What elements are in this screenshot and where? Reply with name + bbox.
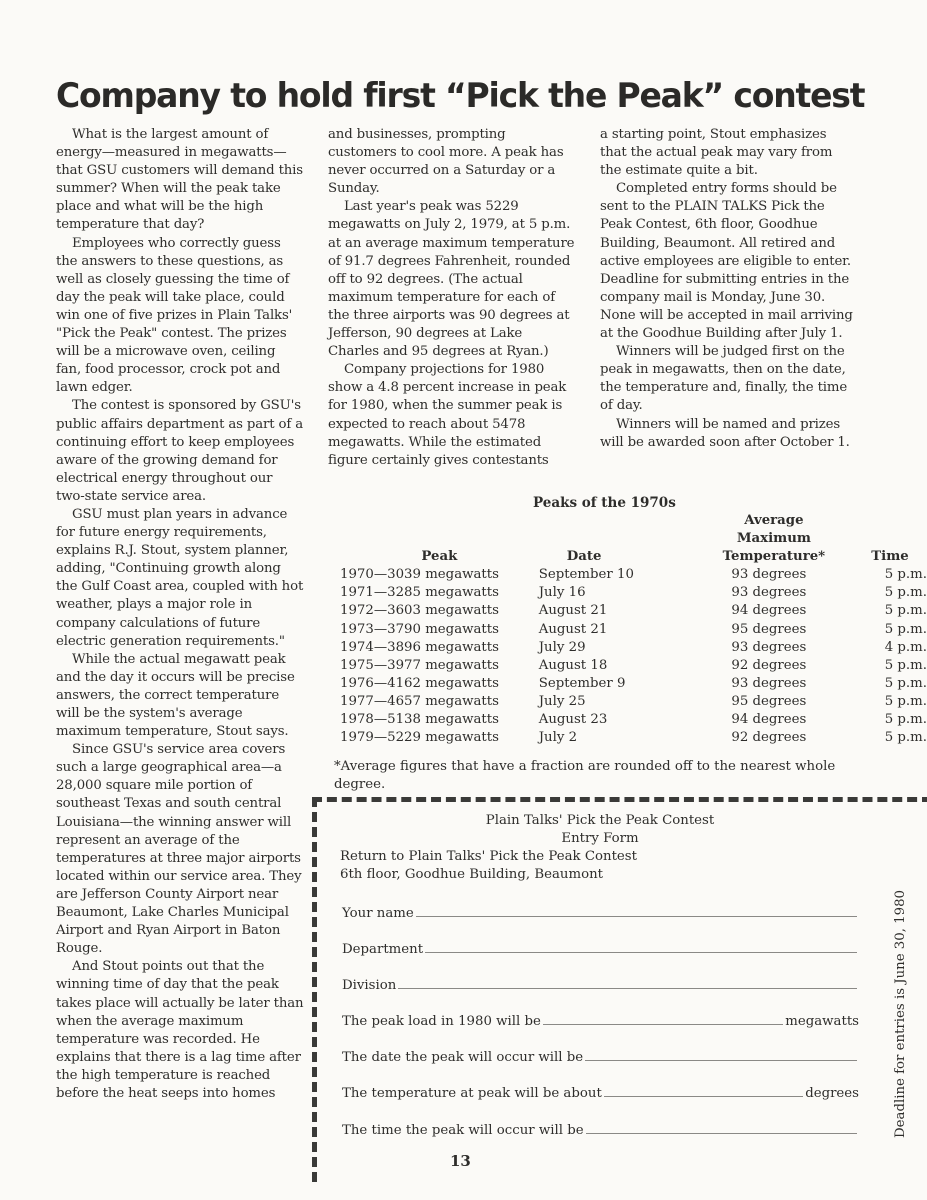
- cell-peak: 1975—3977 megawatts: [340, 657, 539, 675]
- paragraph: Employees who correctly guess the answer…: [56, 235, 304, 398]
- header-temp-line3: Temperature*: [695, 548, 853, 566]
- cell-date: September 9: [539, 675, 695, 693]
- field-label: The peak load in 1980 will be: [342, 1014, 541, 1029]
- header-temp-line1: Average: [695, 512, 853, 530]
- cell-time: 5 p.m.: [853, 711, 927, 729]
- table-row: 1977—4657 megawattsJuly 2595 degrees5 p.…: [340, 693, 927, 711]
- form-field-division[interactable]: Division: [342, 975, 859, 993]
- cell-time: 5 p.m.: [853, 602, 927, 620]
- cell-date: July 16: [539, 584, 695, 602]
- cell-peak: 1974—3896 megawatts: [340, 639, 539, 657]
- cell-temp: 93 degrees: [695, 639, 853, 657]
- cell-time: 5 p.m.: [853, 729, 927, 747]
- cell-temp: 93 degrees: [695, 675, 853, 693]
- paragraph: Winners will be named and prizes will be…: [600, 416, 856, 452]
- cell-date: August 18: [539, 657, 695, 675]
- entry-form-title: Plain Talks' Pick the Peak Contest: [340, 812, 860, 830]
- cell-time: 5 p.m.: [853, 621, 927, 639]
- table-row: 1970—3039 megawattsSeptember 1093 degree…: [340, 566, 927, 584]
- peaks-table: Peak Date Average Maximum Temperature* T…: [340, 512, 927, 747]
- cell-date: August 23: [539, 711, 695, 729]
- paragraph: Since GSU's service area covers such a l…: [56, 741, 304, 958]
- department-blank-line[interactable]: [425, 951, 857, 953]
- deadline-note-vertical: Deadline for entries is June 30, 1980: [893, 890, 908, 1138]
- header-time: Time: [853, 512, 927, 566]
- temperature-blank-line[interactable]: [604, 1095, 803, 1097]
- field-label: Division: [342, 978, 396, 993]
- table-row: 1974—3896 megawattsJuly 2993 degrees4 p.…: [340, 639, 927, 657]
- paragraph: and businesses, prompting customers to c…: [328, 126, 576, 198]
- table-row: 1976—4162 megawattsSeptember 993 degrees…: [340, 675, 927, 693]
- cell-peak: 1972—3603 megawatts: [340, 602, 539, 620]
- article-column-1: What is the largest amount of energy—mea…: [56, 126, 304, 1103]
- cell-temp: 92 degrees: [695, 729, 853, 747]
- cell-peak: 1971—3285 megawatts: [340, 584, 539, 602]
- paragraph: GSU must plan years in advance for futur…: [56, 506, 304, 651]
- paragraph: Completed entry forms should be sent to …: [600, 180, 856, 343]
- field-label: The date the peak will occur will be: [342, 1050, 583, 1065]
- field-label: Your name: [342, 906, 414, 921]
- table-header-row: Peak Date Average Maximum Temperature* T…: [340, 512, 927, 566]
- table-row: 1978—5138 megawattsAugust 2394 degrees5 …: [340, 711, 927, 729]
- return-address-line1: Return to Plain Talks' Pick the Peak Con…: [340, 848, 860, 866]
- cell-peak: 1970—3039 megawatts: [340, 566, 539, 584]
- table-row: 1972—3603 megawattsAugust 2194 degrees5 …: [340, 602, 927, 620]
- field-label: The time the peak will occur will be: [342, 1123, 584, 1138]
- table-row: 1971—3285 megawattsJuly 1693 degrees5 p.…: [340, 584, 927, 602]
- table-row: 1973—3790 megawattsAugust 2195 degrees5 …: [340, 621, 927, 639]
- paragraph: And Stout points out that the winning ti…: [56, 958, 304, 1103]
- paragraph: Winners will be judged first on the peak…: [600, 343, 856, 415]
- cell-temp: 93 degrees: [695, 584, 853, 602]
- article-column-2: and businesses, prompting customers to c…: [328, 126, 576, 470]
- date-blank-line[interactable]: [585, 1059, 857, 1061]
- page-number: 13: [450, 1152, 471, 1170]
- cell-time: 4 p.m.: [853, 639, 927, 657]
- cell-temp: 92 degrees: [695, 657, 853, 675]
- cell-time: 5 p.m.: [853, 657, 927, 675]
- header-date: Date: [539, 512, 695, 566]
- field-label: The temperature at peak will be about: [342, 1086, 602, 1101]
- cell-date: July 25: [539, 693, 695, 711]
- table-footnote: *Average figures that have a fraction ar…: [334, 758, 864, 794]
- return-address-line2: 6th floor, Goodhue Building, Beaumont: [340, 866, 860, 884]
- cell-date: July 2: [539, 729, 695, 747]
- cell-time: 5 p.m.: [853, 675, 927, 693]
- entry-form-header: Plain Talks' Pick the Peak Contest Entry…: [340, 812, 860, 884]
- paragraph: Company projections for 1980 show a 4.8 …: [328, 361, 576, 470]
- cell-peak: 1977—4657 megawatts: [340, 693, 539, 711]
- form-field-department[interactable]: Department: [342, 939, 859, 957]
- field-suffix: megawatts: [785, 1014, 859, 1029]
- cell-time: 5 p.m.: [853, 566, 927, 584]
- cell-temp: 95 degrees: [695, 621, 853, 639]
- form-field-peak-load[interactable]: The peak load in 1980 will be megawatts: [342, 1011, 859, 1029]
- cell-date: August 21: [539, 602, 695, 620]
- article-column-3: a starting point, Stout emphasizes that …: [600, 126, 856, 452]
- form-field-name[interactable]: Your name: [342, 903, 859, 921]
- form-field-date[interactable]: The date the peak will occur will be: [342, 1047, 859, 1065]
- cell-temp: 95 degrees: [695, 693, 853, 711]
- time-blank-line[interactable]: [586, 1132, 857, 1134]
- form-field-time[interactable]: The time the peak will occur will be: [342, 1120, 859, 1138]
- paragraph: Last year's peak was 5229 megawatts on J…: [328, 198, 576, 361]
- table-title: Peaks of the 1970s: [533, 495, 676, 511]
- division-blank-line[interactable]: [398, 987, 857, 989]
- peak-load-blank-line[interactable]: [543, 1023, 783, 1025]
- field-suffix: degrees: [805, 1086, 859, 1101]
- headline: Company to hold first “Pick the Peak” co…: [56, 76, 864, 115]
- paragraph: a starting point, Stout emphasizes that …: [600, 126, 856, 180]
- table-row: 1975—3977 megawattsAugust 1892 degrees5 …: [340, 657, 927, 675]
- cell-temp: 94 degrees: [695, 711, 853, 729]
- cell-temp: 93 degrees: [695, 566, 853, 584]
- cell-date: July 29: [539, 639, 695, 657]
- form-field-temperature[interactable]: The temperature at peak will be about de…: [342, 1083, 859, 1101]
- cell-peak: 1979—5229 megawatts: [340, 729, 539, 747]
- paragraph: While the actual megawatt peak and the d…: [56, 651, 304, 741]
- header-peak: Peak: [340, 512, 539, 566]
- field-label: Department: [342, 942, 423, 957]
- cell-time: 5 p.m.: [853, 584, 927, 602]
- entry-form-subtitle: Entry Form: [340, 830, 860, 848]
- cell-temp: 94 degrees: [695, 602, 853, 620]
- header-temperature: Average Maximum Temperature*: [695, 512, 853, 566]
- cell-peak: 1973—3790 megawatts: [340, 621, 539, 639]
- cell-date: August 21: [539, 621, 695, 639]
- name-blank-line[interactable]: [416, 915, 857, 917]
- cell-date: September 10: [539, 566, 695, 584]
- cell-time: 5 p.m.: [853, 693, 927, 711]
- table-row: 1979—5229 megawattsJuly 292 degrees5 p.m…: [340, 729, 927, 747]
- cell-peak: 1976—4162 megawatts: [340, 675, 539, 693]
- cell-peak: 1978—5138 megawatts: [340, 711, 539, 729]
- header-temp-line2: Maximum: [695, 530, 853, 548]
- paragraph: The contest is sponsored by GSU's public…: [56, 397, 304, 506]
- paragraph: What is the largest amount of energy—mea…: [56, 126, 304, 235]
